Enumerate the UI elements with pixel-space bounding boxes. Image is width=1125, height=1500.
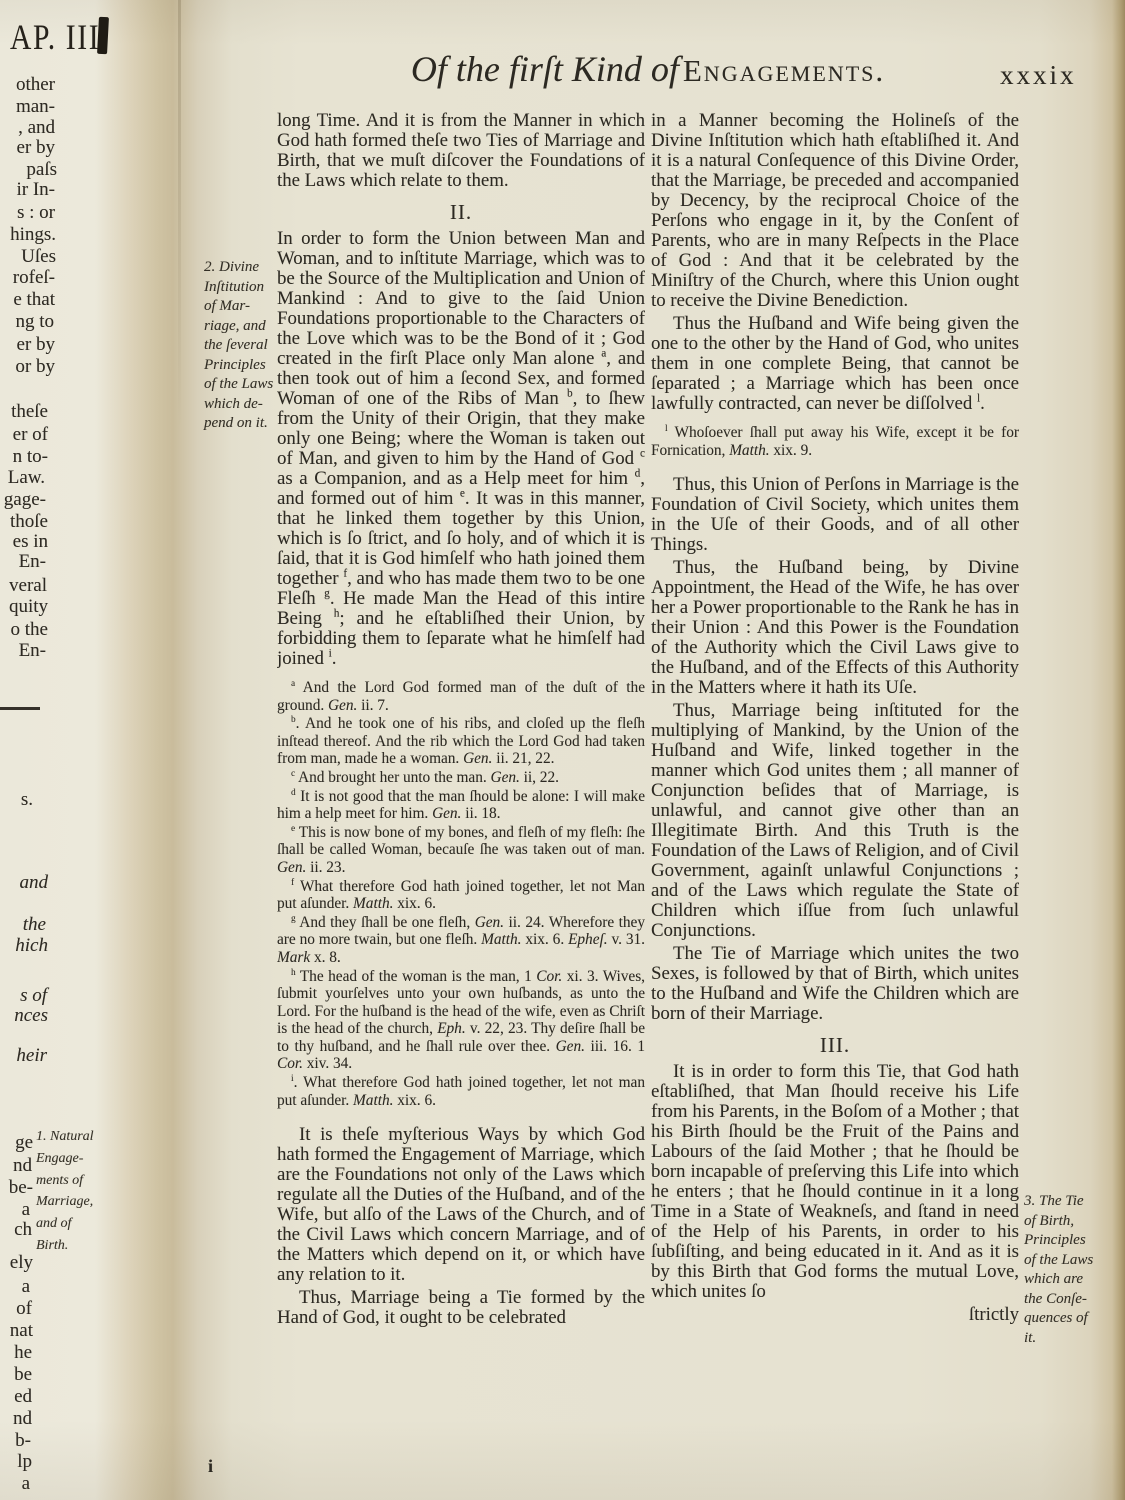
paragraph: The Tie of Marriage which unites the two…	[651, 944, 1019, 1024]
paragraph: In order to form the Union between Man a…	[277, 229, 645, 669]
edge-fragment: a	[22, 1277, 30, 1296]
edge-fragment: be-	[9, 1178, 33, 1197]
edge-fragment: nat	[10, 1321, 33, 1340]
footnote: c And brought her unto the man. Gen. ii,…	[277, 769, 645, 787]
paragraph: Thus, Marriage being inſtituted for the …	[651, 701, 1019, 941]
edge-fragment: ge	[15, 1133, 33, 1152]
paragraph: Thus, Marriage being a Tie formed by the…	[277, 1288, 645, 1328]
paragraph: Thus, this Union of Perſons in Marriage …	[651, 475, 1019, 555]
edge-fragment: gage-	[4, 490, 46, 509]
edge-fragment: other	[16, 75, 55, 94]
edge-fragment: En-	[19, 641, 46, 660]
edge-fragment: a	[22, 1474, 30, 1493]
paragraph: Thus the Huſband and Wife being given th…	[651, 314, 1019, 414]
left-column: long Time. And it is from the Manner in …	[277, 111, 645, 1491]
paragraph: Thus, the Huſband being, by Divine Appoi…	[651, 558, 1019, 698]
paragraph: in a Manner becoming the Holineſs of the…	[651, 111, 1019, 311]
running-head: Of the firſt Kind of Engagements.	[277, 48, 1019, 90]
edge-fragment: s.	[21, 790, 33, 809]
edge-fragment: the	[23, 915, 46, 934]
edge-fragment: paſs	[26, 160, 57, 179]
edge-fragment: s of	[20, 986, 47, 1005]
edge-fragment: heir	[16, 1046, 47, 1065]
edge-fragment: En-	[19, 552, 46, 571]
footnote: e This is now bone of my bones, and fleſ…	[277, 824, 645, 877]
edge-fragment: o the	[11, 620, 48, 639]
paragraph: It is theſe myſterious Ways by which God…	[277, 1125, 645, 1285]
section-heading-iii: III.	[651, 1035, 1019, 1055]
section-heading-ii: II.	[277, 202, 645, 222]
footnotes-block: a And the Lord God formed man of the duſ…	[277, 679, 645, 1109]
running-head-smallcaps: Engagements.	[683, 53, 885, 88]
edge-fragment: and	[20, 873, 49, 892]
edge-fragment: er of	[13, 425, 48, 444]
edge-fragment: theſe	[11, 402, 48, 421]
edge-fragment: veral	[9, 576, 47, 595]
page-number: xxxix	[1000, 60, 1077, 91]
margin-note-divine-institution: 2. Divine Inſtitution of Mar- riage, and…	[204, 258, 276, 434]
edge-fragment: n to-	[13, 447, 48, 466]
edge-fragment: nd	[13, 1156, 32, 1175]
footnote: f What therefore God hath joined togethe…	[277, 878, 645, 913]
edge-fragment: be	[14, 1365, 32, 1384]
right-column: in a Manner becoming the Holineſs of the…	[651, 111, 1019, 1491]
edge-fragment: he	[14, 1343, 32, 1362]
edge-fragment: ir In-	[16, 180, 55, 199]
edge-fragment: Law.	[8, 468, 45, 487]
edge-fragment: es in	[13, 532, 48, 551]
edge-fragment: hings.	[10, 225, 56, 244]
page-crease	[178, 0, 181, 430]
edge-fragment: nd	[13, 1409, 32, 1428]
edge-fragment: hich	[15, 936, 48, 955]
edge-fragment: a	[22, 1200, 30, 1219]
edge-fragment: er by	[16, 138, 55, 157]
facing-margin-note: 1. Natural Engage- ments of Marriage, an…	[36, 1126, 136, 1257]
footnote: d It is not good that the man ſhould be …	[277, 788, 645, 823]
edge-fragment: rofeſ-	[13, 268, 55, 287]
edge-fragment: quity	[9, 597, 48, 616]
ink-mark	[97, 17, 109, 54]
edge-fragment: ely	[10, 1253, 33, 1272]
facing-footnote-rule	[0, 707, 40, 710]
edge-fragment: s : or	[17, 203, 55, 222]
edge-fragment: man-	[16, 97, 55, 116]
footnote: i. What therefore God hath joined togeth…	[277, 1074, 645, 1109]
footnote: h The head of the woman is the man, 1 Co…	[277, 968, 645, 1074]
footnote: l Whoſoever ſhall put away his Wife, exc…	[651, 424, 1019, 459]
footnotes-block: l Whoſoever ſhall put away his Wife, exc…	[651, 424, 1019, 459]
edge-fragment: b-	[15, 1431, 31, 1450]
running-head-italic: Of the firſt Kind of	[411, 49, 679, 89]
edge-fragment: nces	[14, 1006, 48, 1025]
signature-mark: i	[208, 1456, 213, 1477]
footnote: a And the Lord God formed man of the duſ…	[277, 679, 645, 714]
edge-fragment: e that	[13, 290, 55, 309]
edge-fragment: of	[16, 1299, 32, 1318]
facing-chapter-header: AP. III.	[10, 16, 109, 58]
edge-fragment: ed	[14, 1387, 32, 1406]
edge-fragment: or by	[15, 357, 55, 376]
edge-fragment: Uſes	[21, 247, 56, 266]
edge-fragment: er by	[16, 335, 55, 354]
footnote: g And they ſhall be one fleſh, Gen. ii. …	[277, 914, 645, 967]
catchword: ſtrictly	[651, 1305, 1019, 1325]
edge-fragment: lp	[17, 1452, 32, 1471]
margin-note-tie-of-birth: 3. The Tie of Birth, Principles of the L…	[1024, 1192, 1112, 1348]
paragraph: It is in order to form this Tie, that Go…	[651, 1062, 1019, 1302]
edge-fragments: otherman-, ander bypaſsir In-s : orhings…	[0, 0, 130, 1500]
footnote: b. And he took one of his ribs, and cloſ…	[277, 715, 645, 768]
book-page-scan: otherman-, ander bypaſsir In-s : orhings…	[0, 0, 1125, 1500]
edge-fragment: ch	[14, 1220, 32, 1239]
edge-fragment: , and	[18, 118, 55, 137]
edge-fragment: ng to	[15, 312, 54, 331]
edge-fragment: thoſe	[10, 512, 48, 531]
paragraph: long Time. And it is from the Manner in …	[277, 111, 645, 191]
